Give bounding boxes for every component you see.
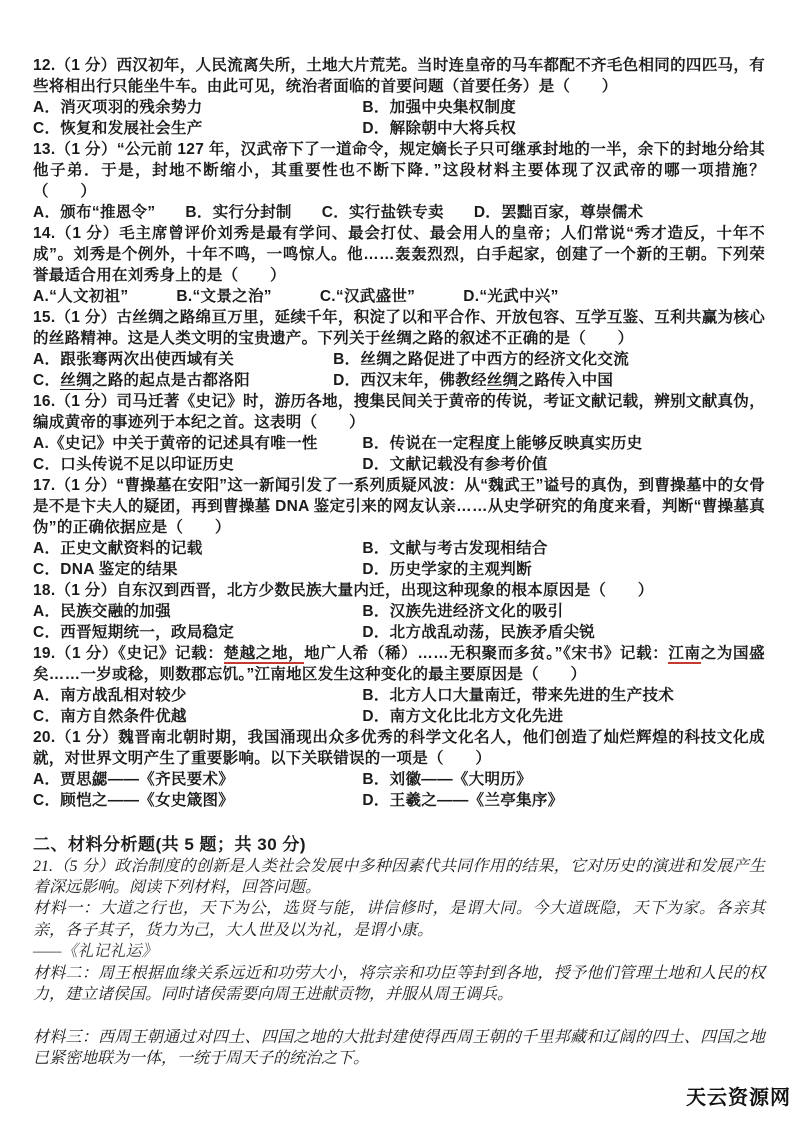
question-16-stem: 16.（1 分）司马迁著《史记》时，游历各地，搜集民间关于黄帝的传说，考证文献记… bbox=[33, 391, 765, 433]
material-1-source: ——《礼记礼运》 bbox=[33, 941, 765, 963]
question-20: 20.（1 分）魏晋南北朝时期，我国涌现出众多优秀的科学文化名人，他们创造了灿烂… bbox=[33, 727, 765, 811]
question-20-options: A．贾思勰——《齐民要术》 B．刘徽——《大明历》 C．顾恺之——《女史箴图》 … bbox=[33, 769, 765, 811]
question-18-options: A．民族交融的加强 B．汉族先进经济文化的吸引 C．西晋短期统一，政局稳定 D．… bbox=[33, 601, 765, 643]
question-18: 18.（1 分）自东汉到西晋，北方少数民族大量内迁，出现这种现象的根本原因是（ … bbox=[33, 580, 765, 643]
underlined-text: 丝绸 bbox=[487, 372, 519, 390]
question-14: 14.（1 分）毛主席曾评价刘秀是最有学问、最会打仗、最会用人的皇帝；人们常说“… bbox=[33, 223, 765, 307]
question-13-option-c: C．实行盐铁专卖 bbox=[322, 202, 444, 223]
red-underlined-text: 江南 bbox=[668, 645, 700, 664]
question-15-option-c: C．丝绸之路的起点是古都洛阳 bbox=[33, 370, 333, 391]
question-15-option-a: A．跟张骞两次出使西域有关 bbox=[33, 349, 333, 370]
question-20-stem: 20.（1 分）魏晋南北朝时期，我国涌现出众多优秀的科学文化名人，他们创造了灿烂… bbox=[33, 727, 765, 769]
question-16-option-b: B．传说在一定程度上能够反映真实历史 bbox=[362, 433, 765, 454]
question-20-option-d: D．王羲之——《兰亭集序》 bbox=[362, 790, 765, 811]
question-14-option-a: A.“人文初祖” bbox=[33, 286, 128, 307]
question-13: 13.（1 分）“公元前 127 年，汉武帝下了一道命令，规定嫡长子只可继承封地… bbox=[33, 139, 765, 223]
question-17-option-b: B．文献与考古发现相结合 bbox=[362, 538, 765, 559]
question-12-stem: 12.（1 分）西汉初年，人民流离失所，土地大片荒芜。当时连皇帝的马车都配不齐毛… bbox=[33, 55, 765, 97]
stem-text: 19.（1 分）《史记》记载： bbox=[33, 645, 224, 662]
question-18-option-c: C．西晋短期统一，政局稳定 bbox=[33, 622, 362, 643]
question-18-stem: 18.（1 分）自东汉到西晋，北方少数民族大量内迁，出现这种现象的根本原因是（ … bbox=[33, 580, 765, 601]
red-underlined-text: 楚越之地， bbox=[224, 645, 305, 664]
question-20-option-b: B．刘徽——《大明历》 bbox=[362, 769, 765, 790]
exam-page: 12.（1 分）西汉初年，人民流离失所，土地大片荒芜。当时连皇帝的马车都配不齐毛… bbox=[0, 0, 793, 1122]
question-21-stem: 21.（5 分）政治制度的创新是人类社会发展中多种因素代共同作用的结果，它对历史… bbox=[33, 856, 765, 898]
material-2: 材料二：周王根据血缘关系远近和功劳大小，将宗亲和功臣等封到各地，授予他们管理土地… bbox=[33, 963, 765, 1006]
question-17-stem: 17.（1 分）“曹操墓在安阳”这一新闻引发了一系列质疑风波：从“魏武王”谥号的… bbox=[33, 475, 765, 538]
question-14-option-b: B.“文景之治” bbox=[176, 286, 271, 307]
question-17-option-c: C．DNA 鉴定的结果 bbox=[33, 559, 362, 580]
question-18-option-d: D．北方战乱动荡，民族矛盾尖锐 bbox=[362, 622, 765, 643]
question-15-options: A．跟张骞两次出使西域有关 B．丝绸之路促进了中西方的经济文化交流 C．丝绸之路… bbox=[33, 349, 765, 391]
question-16-option-d: D．文献记载没有参考价值 bbox=[362, 454, 765, 475]
material-3: 材料三：西周王朝通过对四土、四国之地的大批封建使得西周王朝的千里邦藏和辽阔的四土… bbox=[33, 1027, 765, 1070]
question-12-option-a: A．消灭项羽的残余势力 bbox=[33, 97, 362, 118]
question-19-option-c: C．南方自然条件优越 bbox=[33, 706, 362, 727]
question-19-option-b: B．北方人口大量南迁，带来先进的生产技术 bbox=[362, 685, 765, 706]
question-16-option-c: C．口头传说不足以印证历史 bbox=[33, 454, 362, 475]
question-19: 19.（1 分）《史记》记载：楚越之地，地广人希（稀）……无积聚而多贫。”《宋书… bbox=[33, 643, 765, 727]
question-18-option-a: A．民族交融的加强 bbox=[33, 601, 362, 622]
option-text: 之路传入中国 bbox=[518, 372, 613, 389]
option-text: 之路的起点是古都洛阳 bbox=[92, 372, 250, 389]
question-15: 15.（1 分）古丝绸之路绵亘万里，延续千年，积淀了以和平合作、开放包容、互学互… bbox=[33, 307, 765, 391]
question-13-option-b: B．实行分封制 bbox=[185, 202, 291, 223]
option-text: D．西汉末年，佛教经 bbox=[333, 372, 487, 389]
question-18-option-b: B．汉族先进经济文化的吸引 bbox=[362, 601, 765, 622]
question-16: 16.（1 分）司马迁著《史记》时，游历各地，搜集民间关于黄帝的传说，考证文献记… bbox=[33, 391, 765, 475]
question-17: 17.（1 分）“曹操墓在安阳”这一新闻引发了一系列质疑风波：从“魏武王”谥号的… bbox=[33, 475, 765, 580]
question-14-options: A.“人文初祖” B.“文景之治” C.“汉武盛世” D.“光武中兴” bbox=[33, 286, 765, 307]
question-13-stem: 13.（1 分）“公元前 127 年，汉武帝下了一道命令，规定嫡长子只可继承封地… bbox=[33, 139, 765, 202]
section-2-material-analysis: 二、材料分析题(共 5 题；共 30 分) 21.（5 分）政治制度的创新是人类… bbox=[33, 834, 765, 1070]
question-19-option-d: D．南方文化比北方文化先进 bbox=[362, 706, 765, 727]
question-14-stem: 14.（1 分）毛主席曾评价刘秀是最有学问、最会打仗、最会用人的皇帝；人们常说“… bbox=[33, 223, 765, 286]
question-19-stem: 19.（1 分）《史记》记载：楚越之地，地广人希（稀）……无积聚而多贫。”《宋书… bbox=[33, 643, 765, 685]
exam-content: 12.（1 分）西汉初年，人民流离失所，土地大片荒芜。当时连皇帝的马车都配不齐毛… bbox=[33, 55, 765, 1070]
question-12: 12.（1 分）西汉初年，人民流离失所，土地大片荒芜。当时连皇帝的马车都配不齐毛… bbox=[33, 55, 765, 139]
question-17-option-d: D．历史学家的主观判断 bbox=[362, 559, 765, 580]
question-14-option-c: C.“汉武盛世” bbox=[320, 286, 415, 307]
option-text: C． bbox=[33, 372, 60, 389]
stem-text: 地广人希（稀）……无积聚而多贫。”《宋书》记载： bbox=[304, 645, 668, 662]
material-1: 材料一：大道之行也，天下为公，选贤与能，讲信修时，是谓大同。今大道既隐，天下为家… bbox=[33, 898, 765, 941]
question-15-option-b: B．丝绸之路促进了中西方的经济文化交流 bbox=[333, 349, 765, 370]
underlined-text: 丝绸 bbox=[60, 372, 92, 390]
question-20-option-c: C．顾恺之——《女史箴图》 bbox=[33, 790, 362, 811]
question-19-option-a: A．南方战乱相对较少 bbox=[33, 685, 362, 706]
question-20-option-a: A．贾思勰——《齐民要术》 bbox=[33, 769, 362, 790]
section-2-title: 二、材料分析题(共 5 题；共 30 分) bbox=[33, 834, 765, 856]
question-12-options: A．消灭项羽的残余势力 B．加强中央集权制度 C．恢复和发展社会生产 D．解除朝… bbox=[33, 97, 765, 139]
question-15-option-d: D．西汉末年，佛教经丝绸之路传入中国 bbox=[333, 370, 765, 391]
question-16-option-a: A.《史记》中关于黄帝的记述具有唯一性 bbox=[33, 433, 362, 454]
question-12-option-b: B．加强中央集权制度 bbox=[362, 97, 765, 118]
question-16-options: A.《史记》中关于黄帝的记述具有唯一性 B．传说在一定程度上能够反映真实历史 C… bbox=[33, 433, 765, 475]
question-12-option-c: C．恢复和发展社会生产 bbox=[33, 118, 362, 139]
question-13-option-a: A．颁布“推恩令” bbox=[33, 202, 155, 223]
site-watermark: 天云资源网 bbox=[686, 1081, 791, 1110]
question-13-options: A．颁布“推恩令” B．实行分封制 C．实行盐铁专卖 D．罢黜百家，尊崇儒术 bbox=[33, 202, 765, 223]
question-14-option-d: D.“光武中兴” bbox=[463, 286, 558, 307]
question-15-stem: 15.（1 分）古丝绸之路绵亘万里，延续千年，积淀了以和平合作、开放包容、互学互… bbox=[33, 307, 765, 349]
question-19-options: A．南方战乱相对较少 B．北方人口大量南迁，带来先进的生产技术 C．南方自然条件… bbox=[33, 685, 765, 727]
question-17-option-a: A．正史文献资料的记载 bbox=[33, 538, 362, 559]
question-12-option-d: D．解除朝中大将兵权 bbox=[362, 118, 765, 139]
question-13-option-d: D．罢黜百家，尊崇儒术 bbox=[474, 202, 644, 223]
question-17-options: A．正史文献资料的记载 B．文献与考古发现相结合 C．DNA 鉴定的结果 D．历… bbox=[33, 538, 765, 580]
